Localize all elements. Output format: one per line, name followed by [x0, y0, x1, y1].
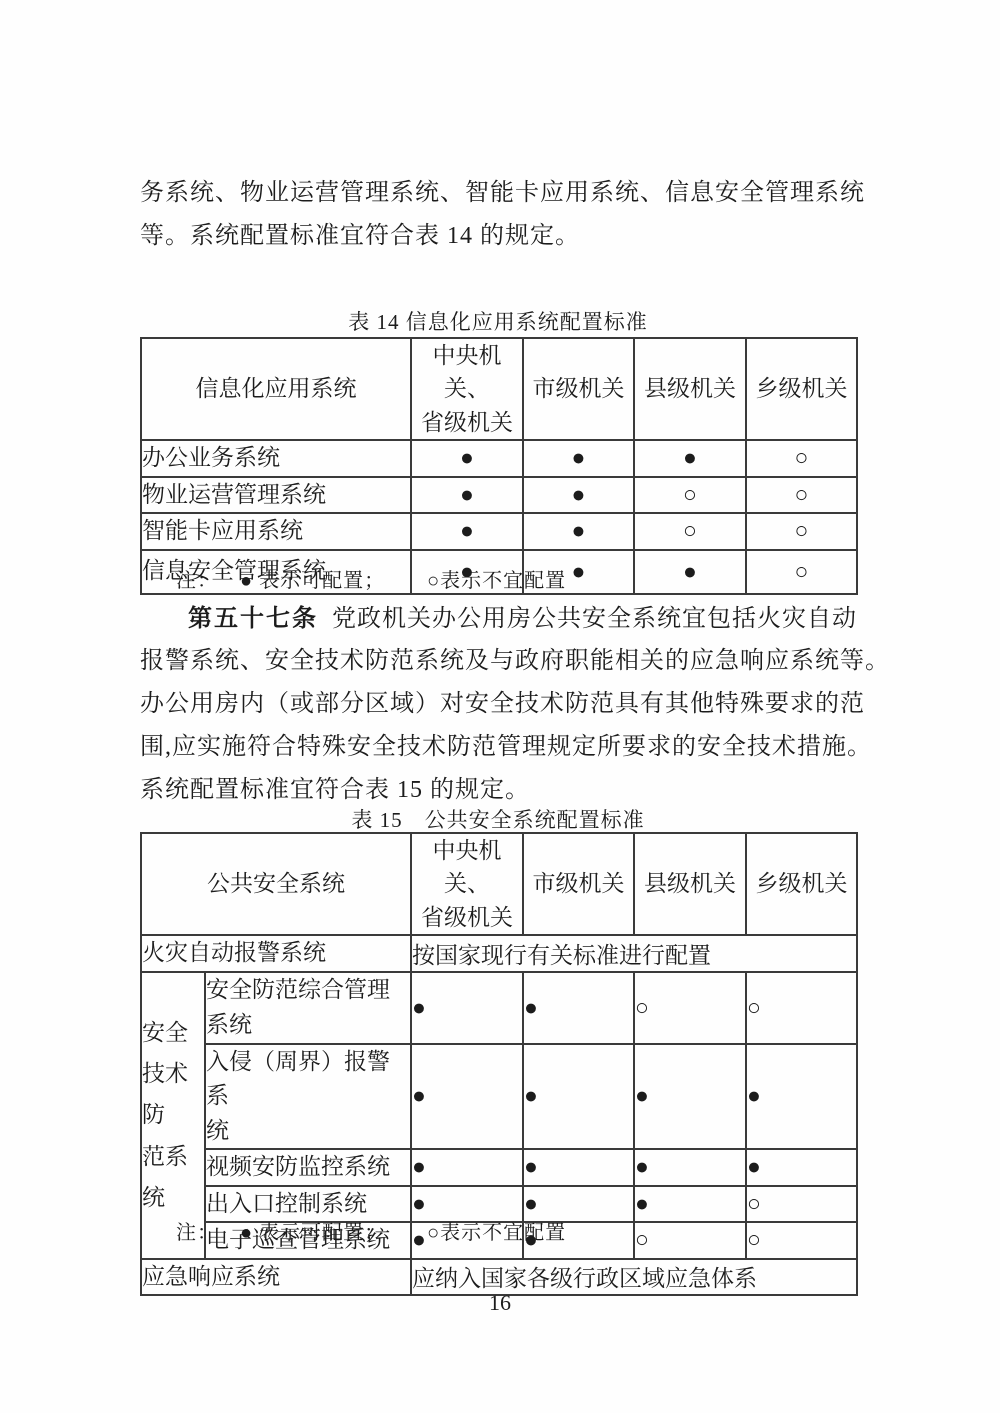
row-label: 安全防范综合管理 系统	[205, 972, 411, 1044]
intro-paragraph: 务系统、物业运营管理系统、智能卡应用系统、信息安全管理系统 等。系统配置标准宜符…	[140, 172, 856, 258]
config-cell: ●	[523, 513, 634, 550]
table-row: 物业运营管理系统 ● ● ○ ○	[141, 477, 857, 514]
table14-title: 表 14 信息化应用系统配置标准	[140, 306, 856, 336]
note-filled-legend: ● 表示可配置；	[240, 570, 385, 592]
row-label: 入侵（周界）报警系 统	[205, 1044, 411, 1150]
header-cell: 县级机关	[634, 833, 746, 935]
table-row: 视频安防监控系统 ● ● ● ●	[141, 1149, 857, 1186]
paragraph-line: 围,应实施符合特殊安全技术防范管理规定所要求的安全技术措施。	[140, 726, 856, 769]
note-filled-legend: ● 表示可配置；	[240, 1222, 385, 1244]
config-cell: ●	[523, 477, 634, 514]
header-cell: 中央机关、 省级机关	[411, 833, 523, 935]
config-cell: ○	[746, 440, 857, 477]
table14: 信息化应用系统 中央机关、 省级机关 市级机关 县级机关 乡级机关 办公业务系统…	[140, 337, 858, 595]
table15-header-row: 公共安全系统 中央机关、 省级机关 市级机关 县级机关 乡级机关	[141, 833, 857, 935]
config-cell: ●	[411, 972, 523, 1044]
table-row: 安全 技术防 范系统 安全防范综合管理 系统 ● ● ○ ○	[141, 972, 857, 1044]
header-cell: 县级机关	[634, 338, 746, 440]
paragraph-line: 等。系统配置标准宜符合表 14 的规定。	[140, 215, 856, 258]
header-cell: 中央机关、 省级机关	[411, 338, 523, 440]
paragraph-text: 党政机关办公用房公共安全系统宜包括火灾自动	[332, 606, 857, 632]
note-label: 注：	[176, 570, 218, 592]
config-cell: ○	[634, 477, 746, 514]
config-cell: ●	[746, 1044, 857, 1150]
header-cell: 乡级机关	[746, 833, 857, 935]
header-cell: 信息化应用系统	[141, 338, 411, 440]
row-label: 智能卡应用系统	[141, 513, 411, 550]
config-cell: ●	[523, 972, 634, 1044]
note-hollow-legend: ○表示不宜配置	[427, 570, 566, 592]
document-page: 务系统、物业运营管理系统、智能卡应用系统、信息安全管理系统 等。系统配置标准宜符…	[0, 0, 1000, 1413]
table14-header-row: 信息化应用系统 中央机关、 省级机关 市级机关 县级机关 乡级机关	[141, 338, 857, 440]
config-cell: ●	[411, 1044, 523, 1150]
table-row: 火灾自动报警系统 按国家现行有关标准进行配置	[141, 935, 857, 972]
table14-container: 信息化应用系统 中央机关、 省级机关 市级机关 县级机关 乡级机关 办公业务系统…	[140, 337, 856, 595]
header-cell: 乡级机关	[746, 338, 857, 440]
page-number: 16	[0, 1290, 1000, 1316]
config-cell: ●	[411, 477, 523, 514]
table14-note: 注：● 表示可配置；○表示不宜配置	[140, 564, 892, 593]
row-label: 视频安防监控系统	[205, 1149, 411, 1186]
row-label: 办公业务系统	[141, 440, 411, 477]
config-cell: ●	[523, 1044, 634, 1150]
table-row: 办公业务系统 ● ● ● ○	[141, 440, 857, 477]
table-row: 智能卡应用系统 ● ● ○ ○	[141, 513, 857, 550]
paragraph-line: 第五十七条党政机关办公用房公共安全系统宜包括火灾自动	[140, 597, 856, 640]
article57-paragraph: 第五十七条党政机关办公用房公共安全系统宜包括火灾自动 报警系统、安全技术防范系统…	[140, 597, 856, 812]
row-label: 物业运营管理系统	[141, 477, 411, 514]
header-cell: 市级机关	[523, 338, 634, 440]
table15-note: 注：● 表示可配置；○表示不宜配置	[140, 1216, 892, 1245]
config-cell: ○	[746, 513, 857, 550]
table-row: 入侵（周界）报警系 统 ● ● ● ●	[141, 1044, 857, 1150]
config-cell: ●	[634, 1149, 746, 1186]
config-cell: ●	[523, 1149, 634, 1186]
config-cell: ●	[411, 513, 523, 550]
config-cell: ○	[746, 477, 857, 514]
config-cell: ●	[411, 440, 523, 477]
span-cell: 按国家现行有关标准进行配置	[411, 935, 857, 972]
paragraph-line: 务系统、物业运营管理系统、智能卡应用系统、信息安全管理系统	[140, 172, 856, 215]
config-cell: ●	[746, 1149, 857, 1186]
config-cell: ○	[634, 972, 746, 1044]
paragraph-line: 报警系统、安全技术防范系统及与政府职能相关的应急响应系统等。	[140, 640, 856, 683]
config-cell: ●	[523, 440, 634, 477]
config-cell: ●	[634, 1044, 746, 1150]
note-hollow-legend: ○表示不宜配置	[427, 1222, 566, 1244]
config-cell: ○	[634, 513, 746, 550]
note-label: 注：	[176, 1222, 218, 1244]
config-cell: ●	[634, 440, 746, 477]
config-cell: ●	[411, 1149, 523, 1186]
table15-title: 表 15 公共安全系统配置标准	[140, 804, 856, 834]
header-cell: 公共安全系统	[141, 833, 411, 935]
article-number: 第五十七条	[188, 605, 318, 632]
paragraph-line: 办公用房内（或部分区域）对安全技术防范具有其他特殊要求的范	[140, 683, 856, 726]
row-label: 火灾自动报警系统	[141, 935, 411, 972]
header-cell: 市级机关	[523, 833, 634, 935]
config-cell: ○	[746, 972, 857, 1044]
